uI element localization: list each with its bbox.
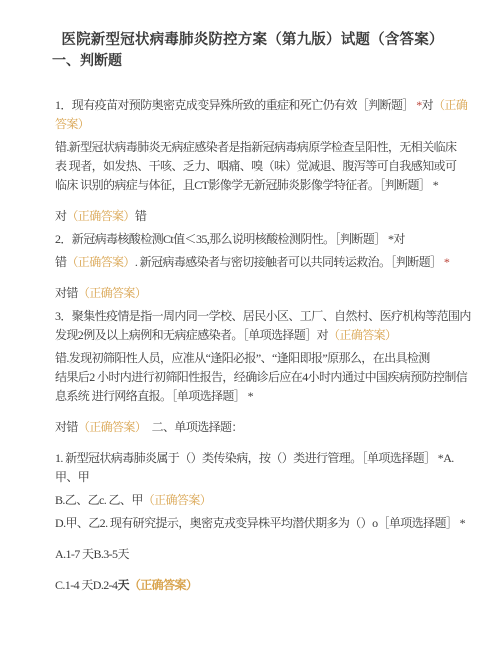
paragraph: 对错（正确答案） xyxy=(55,284,450,303)
text-segment: 临床 识别的病症与体征，且CT影像学无新冠肺炎影像学特征者。［判断题］ * xyxy=(55,178,438,192)
text-segment: 结果后2 小时内进行初筛阳性报告，经确诊后应在4小时内通过中国疾病预防控制信 xyxy=(55,370,467,384)
text-line: 表 现者，如发热、干咳、乏力、咽痛、嗅（味）觉减退、腹泻等可自我感知或可 xyxy=(55,157,450,176)
text-segment: D.甲、乙2. 现有研究提示，奥密克戎变异株平均潜伏期多为（）o［单项选择题］ … xyxy=(55,516,465,530)
document-body: 1．现有疫苗对预防奥密克成变异殊所致的重症和死亡仍有效［判断题］ *对（正确答案… xyxy=(55,96,450,595)
correct-answer-label: （正确答案） xyxy=(78,286,146,300)
paragraph: 对错（正确答案） 二、单项选择题： xyxy=(55,418,450,437)
text-segment: 息系统 进行网络直报。［单项选择题］ * xyxy=(55,389,253,403)
text-segment: 3．聚集性疫情是指一周内同一学校、居民小区、工厂、自然村、医疗机构等范围内 xyxy=(55,309,471,323)
text-segment: 错.发现初筛阳性人员，应准从“逢阳必报”、“逢阳即报”原那么，在出具检测 xyxy=(55,351,430,365)
text-line: 甲、甲 xyxy=(55,468,450,487)
text-line: 错.发现初筛阳性人员，应准从“逢阳必报”、“逢阳即报”原那么，在出具检测 xyxy=(55,349,450,368)
text-segment: 天 xyxy=(117,578,128,592)
text-segment: C.1-4 天D.2-4 xyxy=(55,578,117,592)
section-heading-true-false: 一、判断题 xyxy=(52,52,450,72)
text-segment: 二、单项选择题： xyxy=(140,420,243,434)
document-title: 医院新型冠状病毒肺炎防控方案（第九版）试题（含答案） xyxy=(55,30,450,51)
correct-answer-label: （正确答案） xyxy=(78,420,140,434)
text-segment: 表 现者，如发热、干咳、乏力、咽痛、嗅（味）觉减退、腹泻等可自我感知或可 xyxy=(55,159,456,173)
text-segment: 错 xyxy=(55,255,66,269)
text-segment: 对 xyxy=(422,98,433,112)
text-line: 1．现有疫苗对预防奥密克成变异殊所致的重症和死亡仍有效［判断题］ *对（正确 xyxy=(55,96,450,115)
text-line: B.乙、乙c. 乙、甲（正确答案） xyxy=(55,491,450,510)
paragraph: 对（正确答案）错 xyxy=(55,207,450,226)
text-segment: 1．现有疫苗对预防奥密克成变异殊所致的重症和死亡仍有效［判断题］ xyxy=(55,98,414,112)
text-segment: 发现2例及以上病例和无病症感染者。［单项选择题］对 xyxy=(55,328,328,342)
paragraph: 错.新型冠状病毒肺炎无病症感染者是指新冠病毒病原学检查呈阳性，无相关临床表 现者… xyxy=(55,138,450,195)
correct-answer-label: （正确答案） xyxy=(66,255,134,269)
document-page: 医院新型冠状病毒肺炎防控方案（第九版）试题（含答案） 一、判断题 1．现有疫苗对… xyxy=(0,0,500,595)
correct-answer-label: （正确答案） xyxy=(143,493,211,507)
paragraph: C.1-4 天D.2-4天（正确答案） xyxy=(55,576,450,595)
text-line: 1. 新型冠状病毒肺炎属于（）类传染病，按（）类进行管理。［单项选择题］ *A. xyxy=(55,449,450,468)
paragraph: 错.发现初筛阳性人员，应准从“逢阳必报”、“逢阳即报”原那么，在出具检测结果后2… xyxy=(55,349,450,406)
text-line: 3．聚集性疫情是指一周内同一学校、居民小区、工厂、自然村、医疗机构等范围内 xyxy=(55,307,450,326)
text-segment: 对 xyxy=(55,209,66,223)
correct-answer-label: （正确 xyxy=(433,98,467,112)
text-line: D.甲、乙2. 现有研究提示，奥密克戎变异株平均潜伏期多为（）o［单项选择题］ … xyxy=(55,514,450,533)
text-segment: 1. 新型冠状病毒肺炎属于（）类传染病，按（）类进行管理。［单项选择题］ *A. xyxy=(55,451,454,465)
correct-answer-label: 答案） xyxy=(55,117,89,131)
text-line: 结果后2 小时内进行初筛阳性报告，经确诊后应在4小时内通过中国疾病预防控制信 xyxy=(55,368,450,387)
text-segment: 错 xyxy=(135,209,146,223)
text-line: 错.新型冠状病毒肺炎无病症感染者是指新冠病毒病原学检查呈阳性，无相关临床 xyxy=(55,138,450,157)
paragraph: 2．新冠病毒核酸检测Ct值＜35,那么说明核酸检测阴性。［判断题］ *对 xyxy=(55,230,450,249)
text-line: 临床 识别的病症与体征，且CT影像学无新冠肺炎影像学特征者。［判断题］ * xyxy=(55,176,450,195)
text-line: C.1-4 天D.2-4天（正确答案） xyxy=(55,576,450,595)
text-line: 息系统 进行网络直报。［单项选择题］ * xyxy=(55,387,450,406)
text-line: 对错（正确答案） 二、单项选择题： xyxy=(55,418,450,437)
text-segment: A.1-7 天B.3-5天 xyxy=(55,547,129,561)
correct-answer-label: （正确答案） xyxy=(129,578,197,592)
paragraph: 1．现有疫苗对预防奥密克成变异殊所致的重症和死亡仍有效［判断题］ *对（正确答案… xyxy=(55,96,450,134)
correct-answer-label: （正确答案） xyxy=(66,209,134,223)
required-asterisk: * xyxy=(441,255,449,269)
paragraph: 3．聚集性疫情是指一周内同一学校、居民小区、工厂、自然村、医疗机构等范围内发现2… xyxy=(55,307,450,345)
text-line: 对错（正确答案） xyxy=(55,284,450,303)
text-line: 发现2例及以上病例和无病症感染者。［单项选择题］对（正确答案） xyxy=(55,326,450,345)
paragraph: B.乙、乙c. 乙、甲（正确答案） xyxy=(55,491,450,510)
text-line: 对（正确答案）错 xyxy=(55,207,450,226)
paragraph: 错（正确答案）. 新冠病毒感染者与密切接触者可以共同转运救治。［判断题］ * xyxy=(55,253,450,272)
text-segment: 甲、甲 xyxy=(55,470,89,484)
text-segment: . 新冠病毒感染者与密切接触者可以共同转运救治。［判断题］ xyxy=(135,255,442,269)
text-segment: B.乙、乙c. 乙、甲 xyxy=(55,493,143,507)
paragraph: A.1-7 天B.3-5天 xyxy=(55,545,450,564)
text-line: A.1-7 天B.3-5天 xyxy=(55,545,450,564)
correct-answer-label: （正确答案） xyxy=(328,328,396,342)
paragraph: D.甲、乙2. 现有研究提示，奥密克戎变异株平均潜伏期多为（）o［单项选择题］ … xyxy=(55,514,450,533)
text-segment: 对错 xyxy=(55,420,78,434)
text-line: 2．新冠病毒核酸检测Ct值＜35,那么说明核酸检测阴性。［判断题］ *对 xyxy=(55,230,450,249)
text-line: 答案） xyxy=(55,115,450,134)
text-segment: 错.新型冠状病毒肺炎无病症感染者是指新冠病毒病原学检查呈阳性，无相关临床 xyxy=(55,140,456,154)
text-line: 错（正确答案）. 新冠病毒感染者与密切接触者可以共同转运救治。［判断题］ * xyxy=(55,253,450,272)
text-segment: 2．新冠病毒核酸检测Ct值＜35,那么说明核酸检测阴性。［判断题］ *对 xyxy=(55,232,405,246)
required-asterisk: * xyxy=(414,98,422,112)
text-segment: 对错 xyxy=(55,286,78,300)
paragraph: 1. 新型冠状病毒肺炎属于（）类传染病，按（）类进行管理。［单项选择题］ *A.… xyxy=(55,449,450,487)
